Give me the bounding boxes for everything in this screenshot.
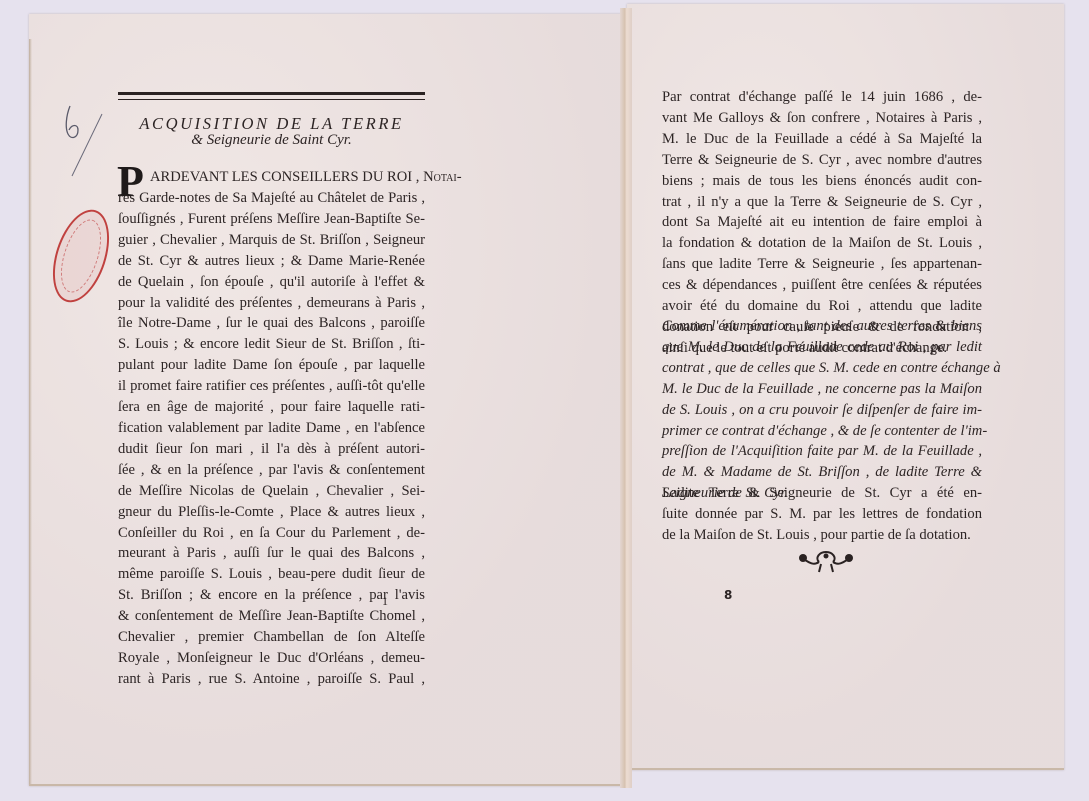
text-line: Par contrat d'échange paſſé le 14 juin 1… — [662, 87, 982, 108]
text-line: la fondation & dotation de la Maiſon de … — [662, 233, 982, 254]
text-line: de M. & Madame de St. Briſſon , de ladit… — [662, 462, 982, 483]
text-line: dont Sa Majeſté ait eu intention de fair… — [662, 212, 982, 233]
text-line: ſuite donnée par S. M. par les lettres d… — [662, 504, 982, 525]
text-line: ſée , & en la préſence , par l'avis & co… — [118, 460, 425, 481]
text-line: ſouſſignés , Furent préſens Meſſire Jean… — [118, 209, 425, 230]
text-line: de Meſſire Nicolas de Quelain , Chevalie… — [118, 481, 425, 502]
text-line: ſera en âge de majorité , pour faire laq… — [118, 397, 425, 418]
text-line: meurant à Paris , auſſi ſur le quai des … — [118, 543, 425, 564]
text-line: Conſeiller du Roi , en ſa Cour du Parlem… — [118, 523, 425, 544]
text-line: guier , Chevalier , Marquis de St. Briſſ… — [118, 230, 425, 251]
text-line: de la Maiſon de St. Louis , pour partie … — [662, 525, 982, 546]
text-line: St. Briſſon ; & encore en la préſence , … — [118, 585, 425, 606]
text-line: trat , il n'y a que la Terre & Seigneuri… — [662, 192, 982, 213]
text-line: M. le Duc de la Feuillade , ne concerne … — [662, 379, 982, 400]
text-line: dudit ſieur ſon mari , il l'a dès à préſ… — [118, 439, 425, 460]
text-line: Ladite Terre & Seigneurie de St. Cyr a é… — [662, 483, 982, 504]
text-line: vant Me Galloys & ſon confrere , Notaire… — [662, 108, 982, 129]
text-line: primer ce contrat d'échange , & de ſe co… — [662, 421, 982, 442]
left-body-text: res Garde-notes de Sa Majeſté au Châtele… — [118, 188, 425, 690]
text-line: ſans que ladite Terre & Seigneurie , ſes… — [662, 254, 982, 275]
first-line: ARDEVANT LES CONSEILLERS DU ROI , Notai- — [150, 167, 425, 188]
text-line: pulant pour ladite Dame ſon épouſe , par… — [118, 355, 425, 376]
right-paragraph-3: Ladite Terre & Seigneurie de St. Cyr a é… — [662, 483, 982, 546]
text-line: & conſentement de Meſſire Jean-Baptiſte … — [118, 606, 425, 627]
text-line: de S. Louis , on a cru pouvoir ſe diſpen… — [662, 400, 982, 421]
handwritten-note-icon — [62, 102, 112, 182]
text-line: S. Louis ; & encore ledit Sieur de St. B… — [118, 334, 425, 355]
text-line: il promet faire ratifier ces préſentes ,… — [118, 376, 425, 397]
text-line: que M. le Duc de la Feuillade cede au Ro… — [662, 337, 982, 358]
right-paragraph-2: Comme l'énumération , tant des autres te… — [662, 316, 982, 504]
text-line: Terre & Seigneurie de S. Cyr , avec nomb… — [662, 150, 982, 171]
text-line: pour la validité des préſentes , demeura… — [118, 293, 425, 314]
text-line: preſſion de l'Acquiſition faite par M. d… — [662, 441, 982, 462]
page-number-left: 1 — [382, 594, 388, 609]
text-line: rant à Paris , rue S. Antoine , paroiſſe… — [118, 669, 425, 690]
text-line: même paroiſſe S. Louis , beau-pere dudit… — [118, 564, 425, 585]
text-line: res Garde-notes de Sa Majeſté au Châtele… — [118, 188, 425, 209]
header-rule — [118, 92, 425, 100]
fleuron-ornament-icon — [795, 548, 857, 574]
text-line: fication valablement par ladite Dame , e… — [118, 418, 425, 439]
text-line: Comme l'énumération , tant des autres te… — [662, 316, 982, 337]
text-line: ces & dépendances , puiſſent être cenſée… — [662, 275, 982, 296]
page-fold — [620, 8, 632, 788]
text-line: Royale , Monſeigneur le Duc d'Orléans , … — [118, 648, 425, 669]
text-line: Chevalier , premier Chambellan de ſon Al… — [118, 627, 425, 648]
page-number-right: 8 — [724, 588, 732, 602]
text-line: M. le Duc de la Feuillade a cédé à Sa Ma… — [662, 129, 982, 150]
document-subtitle: & Seigneurie de Saint Cyr. — [118, 132, 425, 149]
text-line: contrat , que de celles que S. M. cede e… — [662, 358, 982, 379]
text-line: biens ; mais de tous les biens énoncés a… — [662, 171, 982, 192]
text-line: gneur du Pleſſis-le-Comte , Place & autr… — [118, 502, 425, 523]
document-title: ACQUISITION DE LA TERRE — [118, 114, 425, 134]
text-line: île Notre-Dame , ſur le quai des Balcons… — [118, 313, 425, 334]
text-line: avoir été du domaine du Roi , attendu qu… — [662, 296, 982, 317]
text-line: de Quelain , ſon épouſe , qu'il autoriſe… — [118, 272, 425, 293]
text-line: de St. Cyr & autres lieux ; & Dame Marie… — [118, 251, 425, 272]
